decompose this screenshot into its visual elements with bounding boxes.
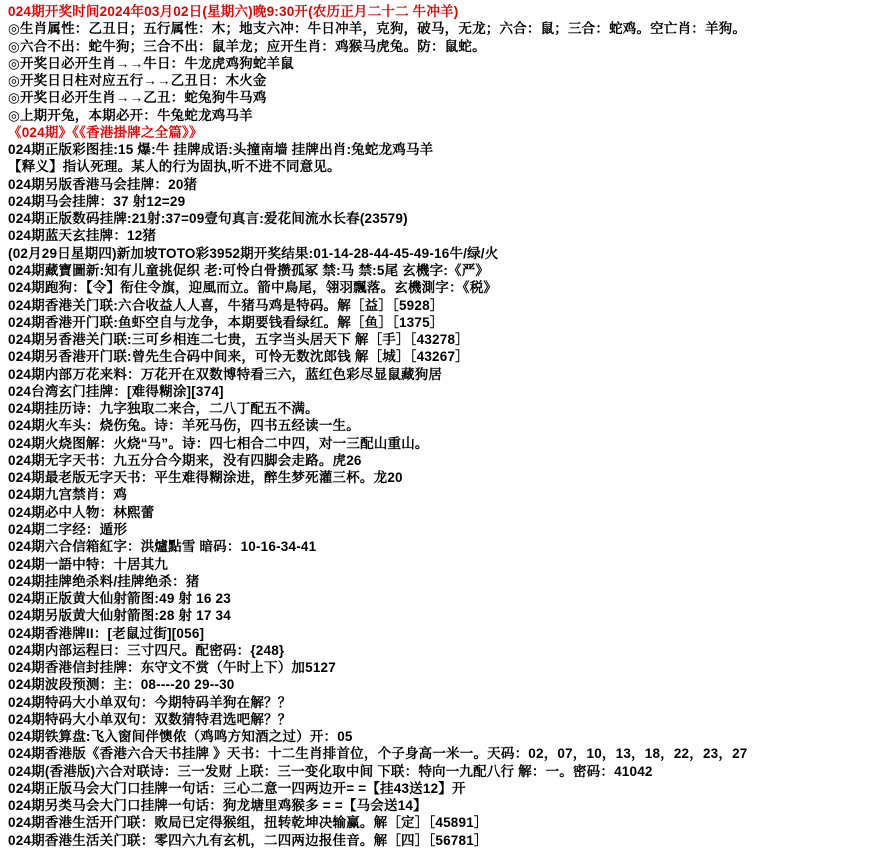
text-line: 024期香港开门联:鱼虾空自与龙争，本期要钱看绿红。解［鱼］［1375］ (8, 314, 885, 331)
text-line: 024期藏寶圖新:知有儿童挑促织 老:可怜白骨攒孤冢 禁:马 禁:5尾 玄機字:… (8, 262, 885, 279)
text-line: 024期香港生活关门联：零四六九有玄机，二四两边报佳音。解［四］［56781］ (8, 832, 885, 849)
text-line: 024期二字经：遁形 (8, 521, 885, 538)
text-line: ◎开奖日日柱对应五行→→乙丑日：木火金 (8, 72, 885, 89)
text-line: 024期火烧图解：火烧“马”。诗：四七相合二中四，对一三配山重山。 (8, 435, 885, 452)
text-line: 【释义】指认死理。某人的行为固执,听不进不同意见。 (8, 158, 885, 175)
text-line: 024期挂历诗：九字独取二来合，二八丁配五不满。 (8, 400, 885, 417)
text-line: 024期另版香港马会挂牌：20猪 (8, 176, 885, 193)
text-line: 024期蓝天玄挂牌：12猪 (8, 227, 885, 244)
text-line: 024期香港生活开门联：败局已定得猴组，扭转乾坤决输赢。解［定］［45891］ (8, 814, 885, 831)
text-line: 024期(香港版)六合对联诗：三一发财 上联：三一变化取中间 下联：特向一九配八… (8, 763, 885, 780)
text-line: (02月29日星期四)新加坡TOTO彩3952期开奖结果:01-14-28-44… (8, 245, 885, 262)
text-line: 024期香港牌II：[老鼠过街][056] (8, 625, 885, 642)
text-line: 024期铁算盘:飞入窗间伴懊侬（鸡鸣方知酒之过）开：05 (8, 728, 885, 745)
text-line: 024期正版马会大门口挂牌一句话：三心二意一四两边开= =【挂43送12】开 (8, 780, 885, 797)
text-line: 024期波段预测：主：08----20 29--30 (8, 676, 885, 693)
text-line: 024期火车头：烧伤兔。诗：羊死马伤，四书五经读一生。 (8, 417, 885, 434)
text-line: ◎开奖日必开生肖→→牛日：牛龙虎鸡狗蛇羊鼠 (8, 55, 885, 72)
text-line: 024期内部万花来料：万花开在双数博特看三六，蓝红色彩尽显鼠藏狗居 (8, 366, 885, 383)
text-line: 024期特码大小单双句：今期特码羊狗在解？？ (8, 694, 885, 711)
text-line: 024期另香港开门联:曾先生合码中间来，可怜无数沈郎钱 解［城］［43267］ (8, 348, 885, 365)
text-line: 024期无字天书：九五分合今期来，没有四脚会走路。虎26 (8, 452, 885, 469)
text-line: 024期正版彩图挂:15 爆:牛 挂牌成语:头撞南墙 挂牌出肖:兔蛇龙鸡马羊 (8, 141, 885, 158)
text-line: 024期马会挂牌：37 射12=29 (8, 193, 885, 210)
text-line: 024期必中人物：林熙蕾 (8, 504, 885, 521)
text-line: 024期六合信箱紅字：洪爐點雪 暗码：10-16-34-41 (8, 538, 885, 555)
text-line: 024期香港关门联:六合收益人人喜，牛猪马鸡是特码。解［益］［5928］ (8, 297, 885, 314)
text-line: ◎生肖属性：乙丑日；五行属性：木；地支六冲：牛日冲羊，克狗，破马，无龙；六合：鼠… (8, 20, 885, 37)
text-line: 024期最老版无字天书：平生难得糊涂进，醉生梦死灌三杯。龙20 (8, 469, 885, 486)
text-line: ◎上期开兔，本期必开：牛兔蛇龙鸡马羊 (8, 107, 885, 124)
text-line: 024期香港版《香港六合天书挂牌 》天书：十二生肖排首位，个子身高一米一。天码：… (8, 745, 885, 762)
text-line: 024期香港信封挂牌：东守文不赏（午时上下）加5127 (8, 659, 885, 676)
text-line: 024期九宫禁肖：鸡 (8, 486, 885, 503)
text-line: 024期另香港关门联:三可乡相连二七贵，五字当头居天下 解［手］［43278］ (8, 331, 885, 348)
lottery-tip-sheet: 024期开奖时间2024年03月02日(星期六)晚9:30开(农历正月二十二 牛… (0, 0, 889, 850)
text-line: 024期跑狗：【令】衔住令旗，迎風而立。箭中鳥尾，翎羽飄落。玄機測字：《税》 (8, 279, 885, 296)
text-line: 024台湾玄门挂牌：[难得糊涂][374] (8, 383, 885, 400)
text-line: ◎开奖日必开生肖→→乙丑：蛇兔狗牛马鸡 (8, 89, 885, 106)
tip-lines-container: 024期开奖时间2024年03月02日(星期六)晚9:30开(农历正月二十二 牛… (0, 0, 889, 849)
text-line: 024期内部运程曰：三寸四尺。配密码：{248} (8, 642, 885, 659)
text-line: 024期挂牌绝杀料/挂牌绝杀：猪 (8, 573, 885, 590)
text-line: 024期另类马会大门口挂牌一句话：狗龙塘里鸡猴多 = =【马会送14】 (8, 797, 885, 814)
header-line: 024期开奖时间2024年03月02日(星期六)晚9:30开(农历正月二十二 牛… (8, 3, 885, 20)
header-line: 《024期》《《香港掛牌之全篇》》 (8, 124, 885, 141)
text-line: 024期正版数码挂牌:21射:37=09壹句真言:爱花间流水长春(23579) (8, 210, 885, 227)
text-line: 024期特码大小单双句：双数猜特君选吧解？？ (8, 711, 885, 728)
text-line: 024期正版黄大仙射箭图:49 射 16 23 (8, 590, 885, 607)
text-line: 024期一語中特：十居其九 (8, 556, 885, 573)
text-line: ◎六合不出：蛇牛狗；三合不出：鼠羊龙；应开生肖：鸡猴马虎兔。防：鼠蛇。 (8, 38, 885, 55)
text-line: 024期另版黄大仙射箭图:28 射 17 34 (8, 607, 885, 624)
